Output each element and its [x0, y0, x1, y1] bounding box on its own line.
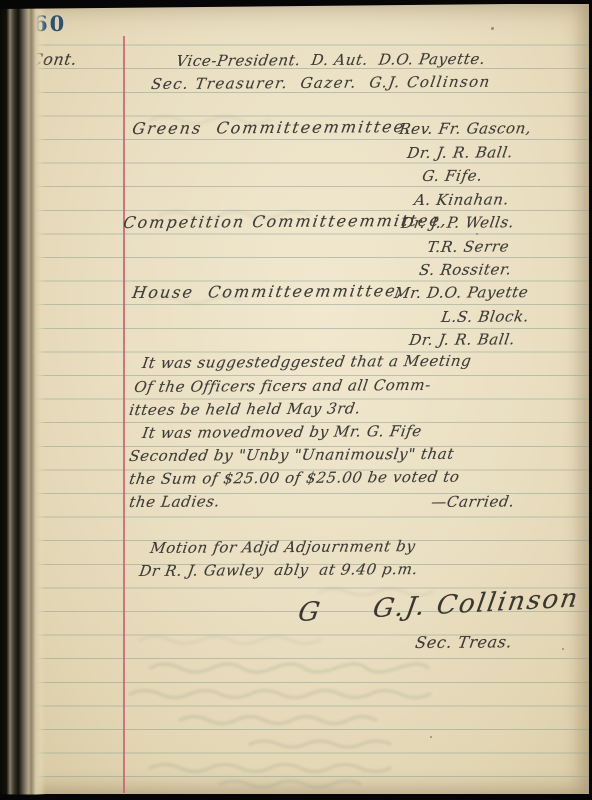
line-seconded-unanimously: Seconded by "Unby "Unanimously" that — [128, 445, 455, 465]
line-greens-committee: Greens Committeemmittee, — [131, 117, 414, 138]
line-tr-serre: T.R. Serre — [426, 237, 511, 256]
paper-speck — [491, 27, 494, 30]
line-officers-committees: Of the Officers ficers and all Comm- — [133, 376, 432, 396]
line-vice-president: Vice-President. D. Aut. D.O. Payette. — [175, 50, 487, 70]
line-moved-by-fife: It was movedmoved by Mr. G. Fife — [141, 422, 423, 442]
line-rev-gascon: Rev. Fr. Gascon, — [398, 119, 533, 138]
paper-speck — [430, 736, 432, 738]
line-a-kinahan: A. Kinahan. — [413, 190, 510, 209]
scanned-ledger-photo: 60 Cont. Vice-President. D. Aut. D.O. Pa… — [0, 0, 592, 800]
line-dr-ball-1: Dr. J. R. Ball. — [406, 143, 514, 162]
line-held-may-3rd: ittees be held held May 3rd. — [128, 399, 362, 419]
line-ls-block: L.S. Block. — [440, 307, 531, 326]
red-margin-line — [123, 36, 125, 793]
margin-note-cont: Cont. — [29, 50, 79, 69]
line-motion-adjournment: Motion for Adjd Adjournment by — [149, 537, 417, 557]
signature-title-sec-treas: Sec. Treas. — [414, 632, 514, 652]
line-the-ladies: the Ladies. — [128, 492, 221, 511]
line-dr-ball-2: Dr. J. R. Ball. — [408, 330, 516, 349]
line-s-rossiter: S. Rossiter. — [418, 260, 513, 279]
line-mr-payette: Mr. D.O. Payette — [393, 283, 530, 302]
paper-speck — [562, 648, 564, 650]
line-gawley-time: Dr R. J. Gawley ably at 9.40 p.m. — [138, 560, 419, 580]
line-g-fife: G. Fife. — [421, 167, 484, 185]
line-carried: —Carried. — [430, 492, 516, 511]
line-dr-wells: Dr. J. P. Wells. — [400, 213, 516, 232]
line-suggested-meeting: It was suggestedggested that a Meeting — [141, 352, 473, 372]
paper-speck — [476, 233, 478, 235]
line-sum-voted: the Sum of $25.00 of $25.00 be voted to — [128, 468, 461, 488]
line-house-committee: House Committeemmittee, — [131, 281, 405, 302]
line-sec-treasurer: Sec. Treasurer. Gazer. G.J. Collinson — [150, 73, 492, 93]
page-number: 60 — [33, 11, 66, 36]
